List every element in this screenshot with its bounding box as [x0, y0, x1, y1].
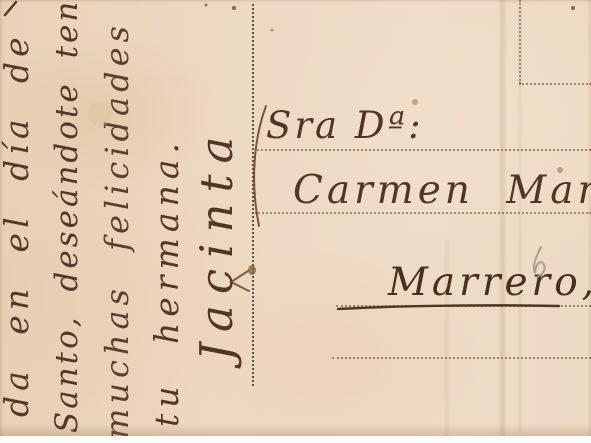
address-recipient-name: Carmen Marrero — [293, 168, 591, 213]
message-line: tu hermana. — [142, 0, 192, 443]
postcard-divider-line — [252, 4, 254, 386]
message-line: muchas felicidades — [92, 0, 142, 443]
paper-edge-right — [587, 0, 591, 436]
stamp-box-horizontal-line — [519, 83, 591, 85]
postcard-scan: da en el día de tu Santo, deseándote ten… — [0, 0, 591, 443]
stamp-box-vertical-line — [519, 0, 521, 84]
address-ruled-line — [336, 305, 591, 307]
message-signature: Jacinta — [192, 0, 242, 443]
address-ruled-line — [257, 149, 591, 151]
scanner-background-strip — [0, 436, 591, 443]
message-line: da en el día de tu — [0, 0, 42, 443]
paper-bottom-shadow — [0, 424, 591, 436]
address-salutation: Sra Dª: — [266, 104, 424, 147]
address-ruled-line — [332, 357, 591, 359]
handwritten-message: da en el día de tu Santo, deseándote ten… — [0, 0, 242, 443]
fold-crease — [498, 0, 507, 436]
message-line: Santo, deseándote tengas — [42, 0, 92, 443]
address-surname: Marrero, — [388, 260, 591, 305]
postcard-back: da en el día de tu Santo, deseándote ten… — [0, 0, 591, 436]
